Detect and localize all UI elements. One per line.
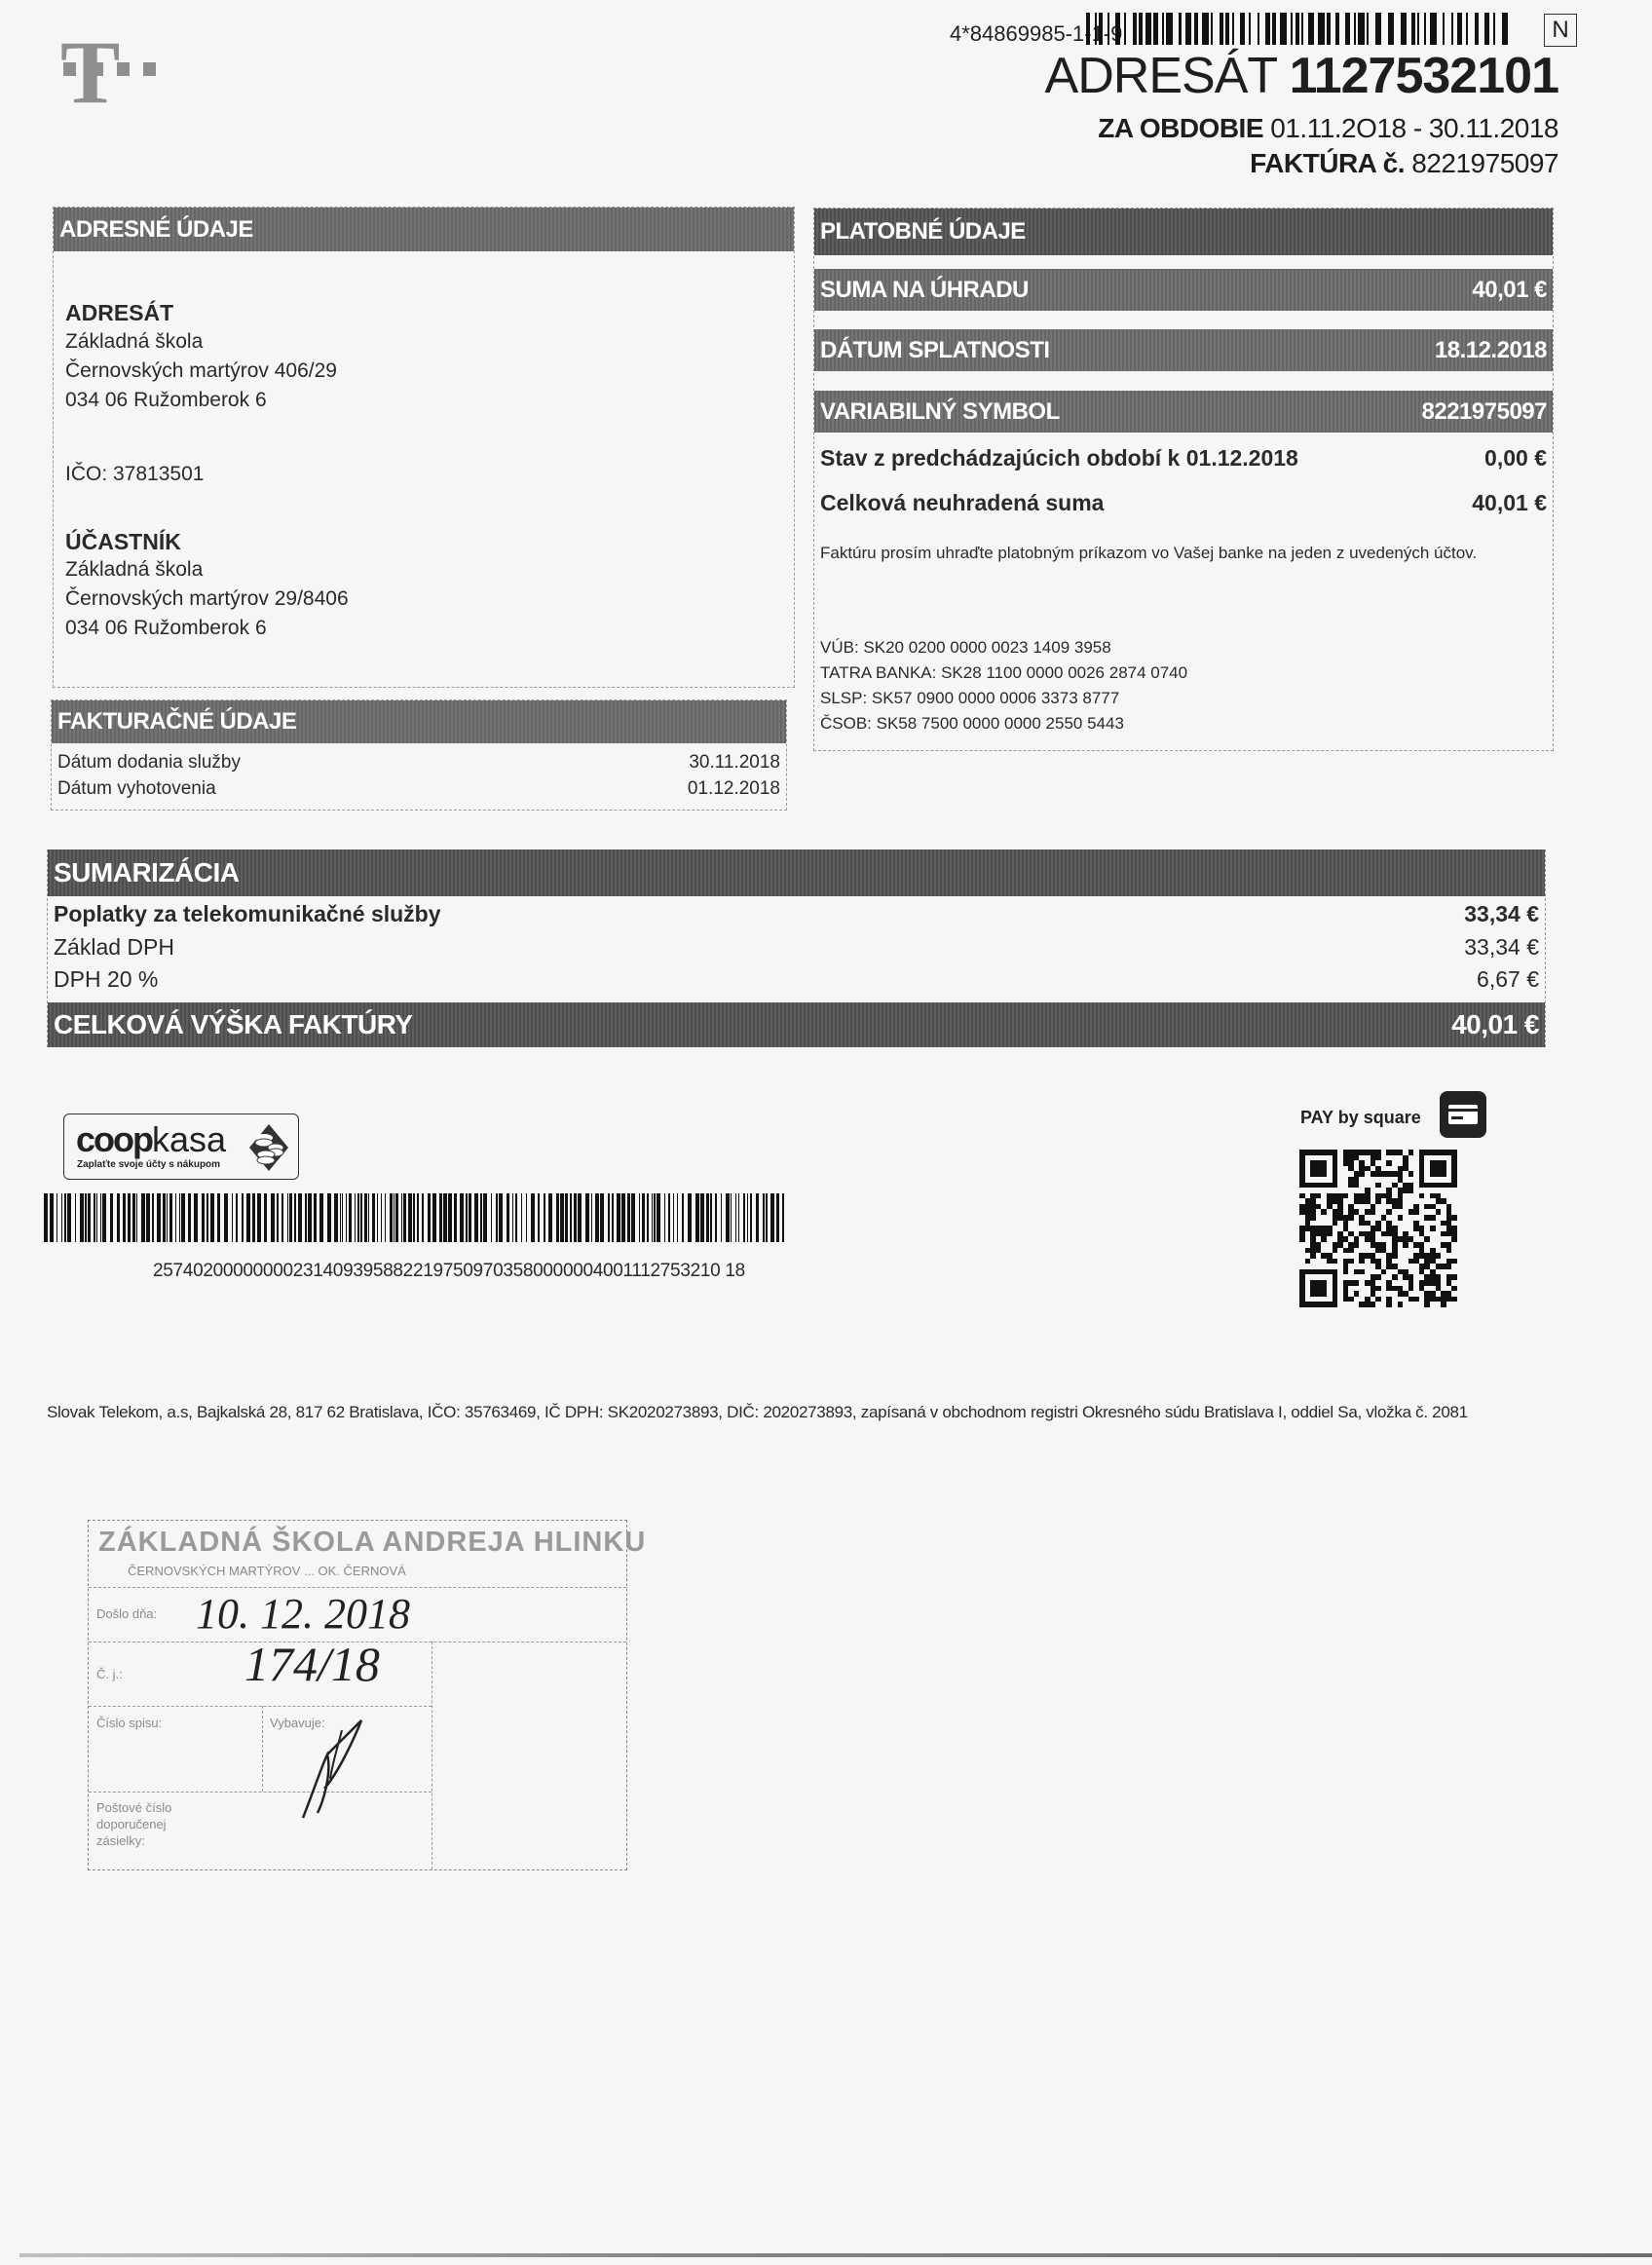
payment-section: PLATOBNÉ ÚDAJE SUMA NA ÚHRADU 40,01 € DÁ… — [813, 208, 1554, 751]
summary-section-title: SUMARIZÁCIA — [54, 857, 240, 888]
amount-due-band: SUMA NA ÚHRADU 40,01 € — [814, 269, 1553, 311]
invoice-number: FAKTÚRA č. 8221975097 — [1250, 148, 1558, 179]
due-date-label: DÁTUM SPLATNOSTI — [820, 337, 1050, 364]
payment-section-title: PLATOBNÉ ÚDAJE — [820, 218, 1026, 245]
recipient-line: 034 06 Ružomberok 6 — [65, 389, 267, 412]
stamp-subtitle: ČERNOVSKÝCH MARTÝROV ... OK. ČERNOVÁ — [128, 1564, 406, 1578]
bank-account: SLSP: SK57 0900 0000 0006 3373 8777 — [820, 689, 1119, 708]
invoice-value: 8221975097 — [1411, 148, 1558, 178]
period-label: ZA OBDOBIE — [1098, 113, 1263, 143]
stamp-received-date: 10. 12. 2018 — [196, 1589, 410, 1639]
summary-row-value: 6,67 € — [1477, 966, 1539, 993]
coins-icon — [247, 1122, 290, 1173]
billing-row: Dátum vyhotovenia 01.12.2018 — [52, 778, 786, 804]
payment-instruction: Faktúru prosím uhraďte platobným príkazo… — [820, 544, 1477, 563]
address-section-header: ADRESNÉ ÚDAJE — [54, 208, 794, 251]
address-section-title: ADRESNÉ ÚDAJE — [59, 216, 253, 244]
summary-row-label: Základ DPH — [54, 934, 174, 961]
address-section: ADRESNÉ ÚDAJE ADRESÁT Základná škola Čer… — [53, 207, 795, 688]
logo-dot — [143, 62, 156, 76]
participant-heading: ÚČASTNÍK — [65, 529, 181, 555]
billing-row-value: 01.12.2018 — [688, 778, 780, 800]
company-info-footer: Slovak Telekom, a.s, Bajkalská 28, 817 6… — [47, 1403, 1468, 1422]
total-unpaid-label: Celková neuhradená suma — [820, 490, 1104, 516]
coopkasa-brand-coop: coop — [76, 1119, 152, 1159]
registry-stamp: ZÁKLADNÁ ŠKOLA ANDREJA HLINKU ČERNOVSKÝC… — [88, 1520, 627, 1870]
stamp-number-value: 174/18 — [244, 1636, 380, 1692]
recipient-number: 1127532101 — [1290, 48, 1558, 104]
summary-section-header: SUMARIZÁCIA — [48, 849, 1545, 896]
mail-category-box: N — [1544, 14, 1577, 47]
stamp-received-label: Došlo dňa: — [96, 1606, 157, 1621]
payment-barcode-number: 2574020000000023140939588221975097035800… — [153, 1261, 745, 1282]
billing-row-label: Dátum vyhotovenia — [57, 778, 216, 800]
pay-by-square-qr-code — [1299, 1150, 1457, 1307]
billing-section-title: FAKTURAČNÉ ÚDAJE — [57, 708, 296, 736]
summary-row-value: 33,34 € — [1464, 934, 1539, 961]
card-icon — [1440, 1091, 1486, 1138]
previous-balance-label: Stav z predchádzajúcich období k 01.12.2… — [820, 445, 1298, 472]
previous-balance-value: 0,00 € — [1484, 445, 1547, 472]
summary-row-label: DPH 20 % — [54, 966, 158, 993]
coopkasa-brand: coopkasa — [76, 1119, 226, 1160]
stamp-divider — [89, 1587, 626, 1588]
payment-section-header: PLATOBNÉ ÚDAJE — [814, 208, 1553, 255]
invoice-total-value: 40,01 € — [1451, 1009, 1539, 1040]
due-date-band: DÁTUM SPLATNOSTI 18.12.2018 — [814, 329, 1553, 371]
billing-section: FAKTURAČNÉ ÚDAJE Dátum dodania služby 30… — [51, 699, 787, 811]
billing-row: Dátum dodania služby 30.11.2018 — [52, 752, 786, 777]
stamp-divider — [262, 1706, 263, 1792]
coopkasa-logo: coopkasa Zaplaťte svoje účty s nákupom — [63, 1114, 299, 1180]
billing-period: ZA OBDOBIE 01.11.2O18 - 30.11.2018 — [1098, 113, 1558, 144]
logo-dot — [63, 62, 76, 76]
payment-barcode — [44, 1193, 787, 1242]
recipient-line: Základná škola — [65, 330, 203, 354]
amount-due-label: SUMA NA ÚHRADU — [820, 277, 1029, 304]
stamp-file-label: Číslo spisu: — [96, 1716, 162, 1730]
summary-section: SUMARIZÁCIA Poplatky za telekomunikačné … — [47, 849, 1546, 1047]
variable-symbol-band: VARIABILNÝ SYMBOL 8221975097 — [814, 391, 1553, 433]
period-value: 01.11.2O18 - 30.11.2018 — [1270, 113, 1558, 143]
variable-symbol-label: VARIABILNÝ SYMBOL — [820, 398, 1060, 426]
invoice-total-label: CELKOVÁ VÝŠKA FAKTÚRY — [54, 1009, 413, 1040]
stamp-postal-label: Poštové číslo doporučenej zásielky: — [96, 1799, 174, 1849]
participant-line: Základná škola — [65, 558, 203, 582]
bank-account: VÚB: SK20 0200 0000 0023 1409 3958 — [820, 638, 1111, 658]
bank-account: ČSOB: SK58 7500 0000 0000 2550 5443 — [820, 714, 1124, 734]
participant-line: Černovských martýrov 29/8406 — [65, 587, 349, 611]
invoice-total-band: CELKOVÁ VÝŠKA FAKTÚRY 40,01 € — [48, 1002, 1545, 1047]
stamp-title: ZÁKLADNÁ ŠKOLA ANDREJA HLINKU — [98, 1527, 646, 1559]
summary-row-label: Poplatky za telekomunikačné služby — [54, 901, 441, 927]
logo-dot — [117, 62, 130, 76]
header-barcode — [1086, 13, 1510, 45]
coopkasa-brand-kasa: kasa — [152, 1119, 226, 1159]
stamp-divider — [432, 1642, 432, 1869]
handwritten-signature — [283, 1716, 371, 1823]
total-unpaid-value: 40,01 € — [1472, 490, 1547, 516]
variable-symbol-value: 8221975097 — [1422, 398, 1547, 426]
amount-due-value: 40,01 € — [1472, 277, 1547, 304]
coopkasa-tagline: Zaplaťte svoje účty s nákupom — [77, 1159, 220, 1170]
summary-row-value: 33,34 € — [1464, 901, 1539, 927]
stamp-number-label: Č. j.: — [96, 1667, 123, 1681]
recipient-label: ADRESÁT — [1045, 48, 1277, 104]
invoice-label: FAKTÚRA č. — [1250, 148, 1405, 178]
recipient-number-heading: ADRESÁT 1127532101 — [1045, 47, 1558, 105]
recipient-ico: IČO: 37813501 — [65, 463, 204, 486]
billing-row-value: 30.11.2018 — [689, 752, 780, 774]
scan-edge-line — [19, 2253, 1652, 2257]
stamp-divider — [89, 1706, 432, 1707]
participant-line: 034 06 Ružomberok 6 — [65, 617, 267, 640]
billing-row-label: Dátum dodania služby — [57, 752, 241, 774]
stamp-divider — [89, 1792, 432, 1793]
logo-dot — [91, 62, 103, 76]
pay-by-square-label: PAY by square — [1300, 1108, 1421, 1128]
recipient-line: Černovských martýrov 406/29 — [65, 359, 337, 383]
billing-section-header: FAKTURAČNÉ ÚDAJE — [52, 700, 786, 743]
bank-account: TATRA BANKA: SK28 1100 0000 0026 2874 07… — [820, 663, 1187, 683]
due-date-value: 18.12.2018 — [1435, 337, 1547, 364]
recipient-heading: ADRESÁT — [65, 300, 173, 326]
